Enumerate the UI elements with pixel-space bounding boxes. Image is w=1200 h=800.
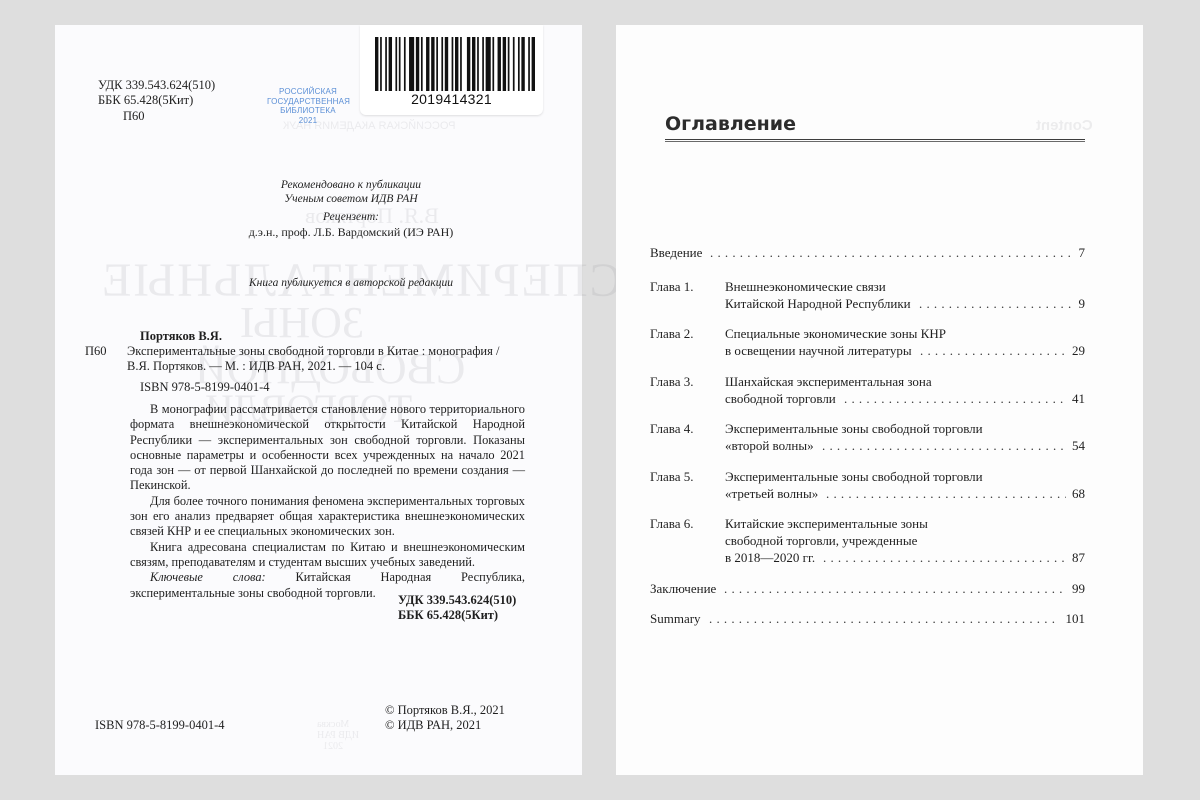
toc-line: свободной торговли, учрежденные: [650, 532, 1085, 549]
toc-dot-leader: ........................................…: [709, 610, 1059, 627]
toc-page-number: 54: [1072, 437, 1085, 454]
toc-page-number: 87: [1072, 549, 1085, 566]
toc-dot-leader: ........................................…: [823, 549, 1066, 566]
toc-entry-title: «второй волны»: [725, 437, 814, 454]
author-mark: П60: [123, 108, 145, 124]
bleed-through-year: 2021: [323, 741, 343, 752]
stamp-line: РОССИЙСКАЯ: [267, 87, 349, 97]
barcode-icon: [375, 37, 535, 91]
left-page-copyright: РОССИЙСКАЯ АКАДЕМИЯ НАУК В.Я. Портяков Э…: [55, 25, 582, 775]
bottom-bbk: ББК 65.428(5Кит): [398, 607, 498, 623]
bottom-udk: УДК 339.543.624(510): [398, 592, 516, 608]
toc-dot-leader: ........................................…: [710, 244, 1072, 261]
toc-page-number: 99: [1072, 580, 1085, 597]
toc-line: Глава 4.Экспериментальные зоны свободной…: [650, 420, 1085, 437]
toc-line: Китайской Народной Республики...........…: [650, 295, 1085, 312]
toc-entry-title: в освещении научной литературы: [725, 342, 912, 359]
catalog-isbn: ISBN 978-5-8199-0401-4: [140, 380, 270, 395]
toc-chapter-label: Глава 1.: [650, 278, 694, 295]
toc-line: в 2018—2020 гг..........................…: [650, 549, 1085, 566]
copyright-publisher: © ИДВ РАН, 2021: [385, 717, 481, 733]
bleed-through-publisher: ИДВ РАН: [317, 730, 359, 741]
toc-dot-leader: ........................................…: [919, 295, 1072, 312]
toc-entry-title: Summary: [650, 610, 701, 627]
recommendation-line: Рекомендовано к публикации: [120, 178, 582, 192]
toc-line: Summary.................................…: [650, 610, 1085, 627]
toc-entry[interactable]: Глава 1.Внешнеэкономические связиКитайск…: [650, 278, 1085, 312]
toc-chapter-label: Глава 6.: [650, 515, 694, 532]
toc-line: Глава 2.Специальные экономические зоны К…: [650, 325, 1085, 342]
library-stamp: РОССИЙСКАЯ ГОСУДАРСТВЕННАЯ БИБЛИОТЕКА 20…: [267, 87, 349, 125]
toc-line: «второй волны»..........................…: [650, 437, 1085, 454]
footer-isbn: ISBN 978-5-8199-0401-4: [95, 717, 225, 733]
toc-entry-title: в 2018—2020 гг.: [725, 549, 815, 566]
toc-entry-title: Специальные экономические зоны КНР: [725, 325, 946, 342]
annotation-paragraph: Книга адресована специалистам по Китаю и…: [130, 540, 525, 571]
toc-dot-leader: ........................................…: [826, 485, 1066, 502]
catalog-author: Портяков В.Я.: [140, 329, 222, 344]
toc-line: Введение................................…: [650, 244, 1085, 261]
toc-page-number: 41: [1072, 390, 1085, 407]
reviewer: д.э.н., проф. Л.Б. Вардомский (ИЭ РАН): [55, 225, 582, 240]
stamp-line: ГОСУДАРСТВЕННАЯ: [267, 97, 349, 107]
toc-entry[interactable]: Введение................................…: [650, 244, 1085, 261]
catalog-title-line1: Экспериментальные зоны свободной торговл…: [127, 344, 499, 359]
toc-line: Глава 1.Внешнеэкономические связи: [650, 278, 1085, 295]
toc-line: Глава 3.Шанхайская экспериментальная зон…: [650, 373, 1085, 390]
annotation-paragraph: В монографии рассматривается становление…: [130, 402, 525, 494]
toc-line: Заключение..............................…: [650, 580, 1085, 597]
toc-entry[interactable]: Summary.................................…: [650, 610, 1085, 627]
barcode-sticker: 2019414321: [360, 25, 543, 115]
stamp-line: 2021: [267, 116, 349, 126]
right-page-contents: Content Оглавление Введение.............…: [616, 25, 1143, 775]
toc-chapter-label: Глава 4.: [650, 420, 694, 437]
toc-dot-leader: ........................................…: [844, 390, 1066, 407]
toc-entry[interactable]: Глава 2.Специальные экономические зоны К…: [650, 325, 1085, 359]
toc-chapter-label: Глава 5.: [650, 468, 694, 485]
bbk-code: ББК 65.428(5Кит): [98, 92, 193, 108]
keywords-label: Ключевые слова:: [150, 570, 266, 584]
reviewer-label: Рецензент:: [55, 211, 582, 223]
toc-entry-title: Внешнеэкономические связи: [725, 278, 886, 295]
recommendation: Рекомендовано к публикации Ученым совето…: [55, 178, 582, 206]
toc-line: Глава 6.Китайские экспериментальные зоны: [650, 515, 1085, 532]
toc-page-number: 29: [1072, 342, 1085, 359]
bleed-through-city: Москва: [317, 719, 349, 730]
annotation: В монографии рассматривается становление…: [130, 402, 525, 601]
toc-page-number: 9: [1079, 295, 1086, 312]
toc-line: свободной торговли......................…: [650, 390, 1085, 407]
toc-entry-title: Экспериментальные зоны свободной торговл…: [725, 468, 983, 485]
toc-title-rule: [665, 139, 1085, 142]
toc-entry-title: свободной торговли, учрежденные: [725, 532, 917, 549]
toc-entry-title: Шанхайская экспериментальная зона: [725, 373, 932, 390]
recommendation-line: Ученым советом ИДВ РАН: [120, 192, 582, 206]
toc-entry[interactable]: Глава 3.Шанхайская экспериментальная зон…: [650, 373, 1085, 407]
toc-entry[interactable]: Глава 6.Китайские экспериментальные зоны…: [650, 515, 1085, 566]
barcode-number: 2019414321: [360, 91, 543, 107]
toc-entry-title: Китайские экспериментальные зоны: [725, 515, 928, 532]
toc-entry-title: Экспериментальные зоны свободной торговл…: [725, 420, 983, 437]
toc-dot-leader: ........................................…: [724, 580, 1066, 597]
author-edition-note: Книга публикуется в авторской редакции: [55, 277, 582, 289]
toc-chapter-label: Глава 3.: [650, 373, 694, 390]
bleed-through-content-title: Content: [1036, 117, 1093, 134]
toc-entry[interactable]: Заключение..............................…: [650, 580, 1085, 597]
toc-entry[interactable]: Глава 5.Экспериментальные зоны свободной…: [650, 468, 1085, 502]
toc-page-number: 7: [1079, 244, 1086, 261]
copyright-author: © Портяков В.Я., 2021: [385, 702, 505, 718]
bleed-through-title-2: ЗОНЫ: [240, 297, 364, 348]
toc-entry[interactable]: Глава 4.Экспериментальные зоны свободной…: [650, 420, 1085, 454]
catalog-title-line2: В.Я. Портяков. — М. : ИДВ РАН, 2021. — 1…: [127, 359, 385, 374]
toc-chapter-label: Глава 2.: [650, 325, 694, 342]
toc-dot-leader: ........................................…: [920, 342, 1066, 359]
toc-entry-title: свободной торговли: [725, 390, 836, 407]
toc-entry-title: Введение: [650, 244, 702, 261]
toc-line: «третьей волны».........................…: [650, 485, 1085, 502]
annotation-paragraph: Для более точного понимания феномена экс…: [130, 494, 525, 540]
toc-title: Оглавление: [665, 113, 796, 135]
toc-entry-title: Китайской Народной Республики: [725, 295, 911, 312]
toc-page-number: 101: [1066, 610, 1086, 627]
toc-line: в освещении научной литературы..........…: [650, 342, 1085, 359]
toc-page-number: 68: [1072, 485, 1085, 502]
toc-line: Глава 5.Экспериментальные зоны свободной…: [650, 468, 1085, 485]
stamp-line: БИБЛИОТЕКА: [267, 106, 349, 116]
toc-entry-title: Заключение: [650, 580, 716, 597]
toc-dot-leader: ........................................…: [822, 437, 1066, 454]
catalog-mark: П60: [85, 344, 107, 359]
toc-entry-title: «третьей волны»: [725, 485, 818, 502]
udk-code: УДК 339.543.624(510): [98, 77, 215, 93]
